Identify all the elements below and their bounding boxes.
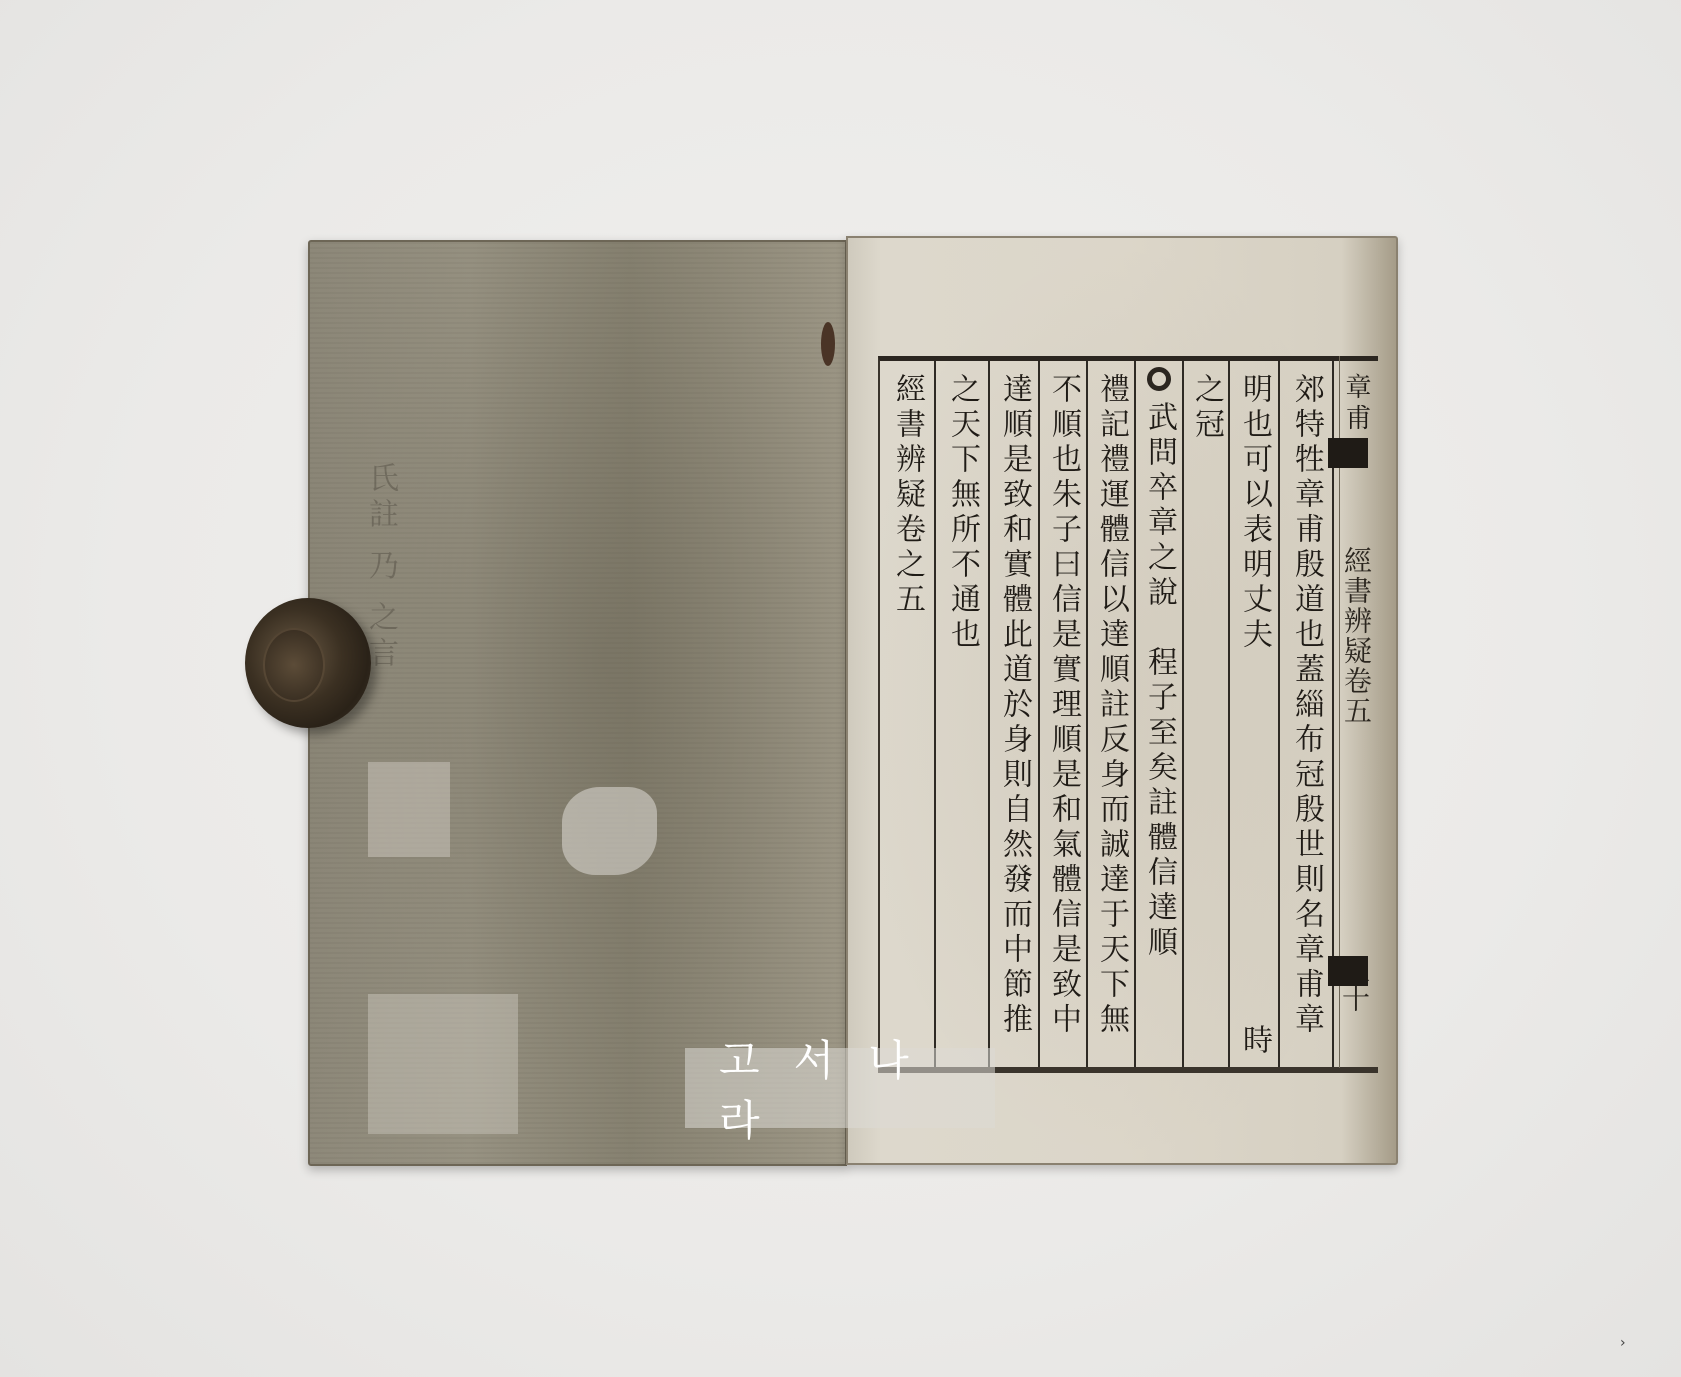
circle-mark-icon [1147, 367, 1171, 399]
watermark-banner: 고서나라 [685, 1048, 995, 1128]
fish-tail-mark-bottom [1328, 956, 1368, 986]
text-column: 武問卒章之說 程子至矣註體信達順 [1134, 361, 1182, 1067]
paper-repair-patch [368, 994, 518, 1134]
column-text: 之天下無所不通也 [947, 373, 977, 653]
column-text: 郊特牲章甫殷道也蓋緇布冠殷世則名章甫章 [1291, 373, 1321, 1038]
text-column: 禮記禮運體信以達順註反身而誠達于天下無 [1086, 361, 1134, 1067]
text-column: 達順是致和實體此道於身則自然發而中節推 [988, 361, 1038, 1067]
column-text: 達順是致和實體此道於身則自然發而中節推 [999, 373, 1029, 1038]
printed-text-frame: 章甫 郊特牲章甫殷道也蓋緇布冠殷世則名章甫章 明也可以表明丈夫 時 之冠 武問卒… [878, 356, 1378, 1073]
column-text: 武問卒章之說 程子至矣註體信達順 [1144, 401, 1174, 961]
text-column: 之天下無所不通也 [934, 361, 988, 1067]
volume-end-title: 經書辨疑卷之五 [892, 373, 922, 618]
text-column: 不順也朱子曰信是實理順是和氣體信是致中 [1038, 361, 1086, 1067]
text-column: 郊特牲章甫殷道也蓋緇布冠殷世則名章甫章 [1278, 361, 1332, 1067]
right-page-text: 章甫 郊特牲章甫殷道也蓋緇布冠殷世則名章甫章 明也可以表明丈夫 時 之冠 武問卒… [846, 236, 1398, 1165]
paper-repair-patch [368, 762, 450, 857]
column-text-bottom: 時 [1239, 1024, 1269, 1059]
block-center-margin: 經書辨疑卷五 三十 [1339, 356, 1388, 1068]
text-column: 明也可以表明丈夫 時 [1228, 361, 1278, 1067]
brass-weight-knob [245, 598, 371, 728]
watermark-text: 고서나라 [719, 1028, 995, 1148]
margin-book-title: 經書辨疑卷五 [1336, 546, 1376, 726]
column-text: 禮記禮運體信以達順註反身而誠達于天下無 [1096, 373, 1126, 1038]
paper-repair-patch [562, 787, 657, 875]
column-text: 之冠 [1191, 373, 1221, 443]
fish-tail-mark-top [1328, 438, 1368, 468]
open-book-photo: 氏註 乃 之言 章甫 郊特牲章甫殷道也蓋緇布冠殷世則名章甫章 明也可以表明丈夫 … [0, 0, 1681, 1377]
column-text: 明也可以表明丈夫 [1239, 373, 1269, 653]
binding-hole-stain [821, 322, 835, 366]
text-column: 之冠 [1182, 361, 1228, 1067]
column-text: 不順也朱子曰信是實理順是和氣體信是致中 [1048, 373, 1078, 1038]
chevron-right-icon: › [1620, 1335, 1626, 1351]
text-column: 經書辨疑卷之五 [880, 361, 934, 1067]
